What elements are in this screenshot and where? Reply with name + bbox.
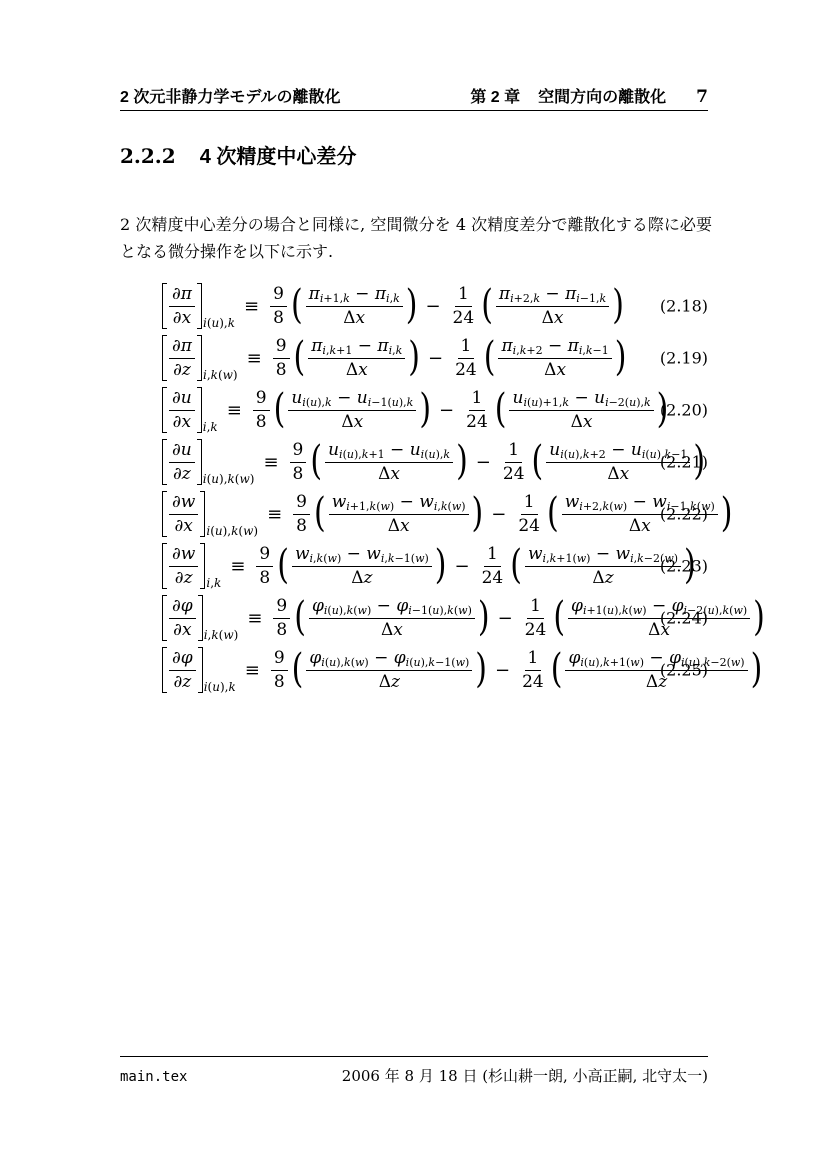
right-paren: ) [612,286,624,327]
fraction-numerator: ∂w [169,492,198,515]
fraction-numerator: ∂w [169,544,198,567]
fraction: 98 [256,544,273,589]
minus-operator: − [476,452,491,473]
fraction-denominator: 24 [450,307,478,328]
fraction-denominator: ∂z [170,671,194,692]
header-rule [120,110,708,111]
minus-operator: − [439,400,454,421]
fraction-denominator: ∂x [170,411,194,432]
equation: ∂u∂zi(u),k(w)≡98(ui(u),k+1 − ui(u),kΔx)−… [120,436,708,488]
right-bracket [200,543,205,589]
fraction-denominator: Δx [539,307,567,328]
fraction-denominator: 24 [515,515,543,536]
fraction: ∂u∂x [169,388,195,433]
page-footer: main.tex 2006 年 8 月 18 日 (杉山耕一朗, 小高正嗣, 北… [120,1065,708,1086]
fraction-numerator: φi(u),k+1(w) − φi(u),k−2(w) [565,648,747,671]
fraction-denominator: Δx [385,515,413,536]
fraction: 124 [450,284,478,329]
right-paren: ) [478,598,490,639]
fraction: ui(u)+1,k − ui−2(u),kΔx [509,388,653,433]
body-paragraph: 2 次精度中心差分の場合と同様に, 空間微分を 4 次精度差分で離散化する際に必… [120,211,712,265]
fraction: ∂π∂x [169,284,195,329]
fraction-numerator: πi,k+2 − πi,k−1 [498,336,611,359]
fraction: 98 [253,388,270,433]
fraction-numerator: πi+1,k − πi,k [306,284,403,307]
fraction-numerator: ∂π [169,336,195,359]
fraction-numerator: ui(u),k − ui−1(u),k [288,388,416,411]
footer-filename: main.tex [120,1069,187,1085]
operator-subscript: i(u),k [203,316,235,330]
operator-subscript: i,k [203,420,218,434]
fraction: 124 [515,492,543,537]
equation-number: (2.25) [660,661,708,680]
fraction-denominator: 8 [290,463,307,484]
fraction-denominator: ∂x [170,619,194,640]
fraction: 98 [273,336,290,381]
equation: ∂φ∂xi,k(w)≡98(φi(u),k(w) − φi−1(u),k(w)Δ… [120,592,708,644]
right-bracket [197,283,202,329]
operator-subscript: i,k(w) [204,628,239,642]
left-paren: ( [551,650,563,691]
left-paren: ( [484,338,496,379]
fraction-denominator: 24 [522,619,550,640]
equiv-symbol: ≡ [244,296,259,317]
fraction-denominator: ∂x [170,307,194,328]
equiv-symbol: ≡ [230,556,245,577]
fraction: 124 [519,648,547,693]
fraction-numerator: 9 [290,440,307,463]
right-paren: ) [435,546,447,587]
right-paren: ) [472,494,484,535]
equation: ∂π∂xi(u),k≡98(πi+1,k − πi,kΔx)−124(πi+2,… [120,280,708,332]
section-title: 4 次精度中心差分 [200,140,357,169]
fraction: 124 [522,596,550,641]
fraction-denominator: Δz [589,567,616,588]
fraction: φi(u),k(w) − φi−1(u),k(w)Δx [309,596,475,641]
left-bracket [162,439,167,485]
fraction-denominator: Δx [343,359,371,380]
page-number: 7 [696,87,708,107]
fraction: ∂φ∂x [169,596,196,641]
equation-body: ∂w∂xi(u),k(w)≡98(wi+1,k(w) − wi,k(w)Δx)−… [120,491,734,537]
fraction: 124 [500,440,528,485]
fraction: ∂w∂z [169,544,198,589]
footer-date-authors: 2006 年 8 月 18 日 (杉山耕一朗, 小高正嗣, 北守太一) [342,1065,708,1086]
running-head-right: 第 2 章 空間方向の離散化 7 [470,84,708,107]
fraction: 124 [479,544,507,589]
minus-operator: − [498,608,513,629]
right-paren: ) [753,598,765,639]
fraction-denominator: Δx [375,463,403,484]
fraction: 98 [293,492,310,537]
left-paren: ( [291,286,303,327]
fraction-denominator: Δx [626,515,654,536]
chapter-title: 空間方向の離散化 [538,84,666,107]
fraction-denominator: ∂x [171,515,195,536]
fraction-denominator: Δz [376,671,403,692]
equation-body: ∂w∂zi,k≡98(wi,k(w) − wi,k−1(w)Δz)−124(wi… [120,543,697,589]
fraction-numerator: 1 [521,492,538,515]
minus-operator: − [491,504,506,525]
equiv-symbol: ≡ [227,400,242,421]
fraction-numerator: 9 [256,544,273,567]
right-paren: ) [475,650,487,691]
fraction: φi(u),k(w) − φi(u),k−1(w)Δz [306,648,472,693]
left-paren: ( [277,546,289,587]
fraction-numerator: 9 [253,388,270,411]
fraction-denominator: Δx [541,359,569,380]
equation: ∂w∂xi(u),k(w)≡98(wi+1,k(w) − wi,k(w)Δx)−… [120,488,708,540]
left-paren: ( [274,390,286,431]
left-bracket [162,387,167,433]
fraction: πi+2,k − πi−1,kΔx [496,284,609,329]
operator-subscript: i,k(w) [203,368,238,382]
left-bracket [162,283,167,329]
left-bracket [162,335,167,381]
fraction: 98 [270,284,287,329]
equation: ∂φ∂zi(u),k≡98(φi(u),k(w) − φi(u),k−1(w)Δ… [120,644,708,696]
fraction-denominator: 8 [273,619,290,640]
fraction: ∂u∂z [169,440,195,485]
right-bracket [197,335,202,381]
right-bracket [197,439,202,485]
left-paren: ( [553,598,565,639]
fraction-denominator: Δz [348,567,375,588]
fraction: 124 [463,388,491,433]
equation-number: (2.20) [660,401,708,420]
fraction-denominator: ∂z [170,463,194,484]
fraction-numerator: wi+1,k(w) − wi,k(w) [329,492,469,515]
equation-body: ∂π∂xi(u),k≡98(πi+1,k − πi,kΔx)−124(πi+2,… [120,283,625,329]
equation-number: (2.23) [660,557,708,576]
equation-number: (2.19) [660,349,708,368]
fraction-numerator: 9 [270,284,287,307]
right-paren: ) [408,338,420,379]
fraction: ∂π∂z [169,336,195,381]
operator-subscript: i(u),k [204,680,236,694]
right-paren: ) [419,390,431,431]
fraction-denominator: 24 [463,411,491,432]
left-paren: ( [495,390,507,431]
fraction-numerator: wi,k(w) − wi,k−1(w) [292,544,432,567]
equation-body: ∂u∂xi,k≡98(ui(u),k − ui−1(u),kΔx)−124(ui… [120,387,669,433]
fraction-denominator: 8 [273,359,290,380]
fraction: 98 [273,596,290,641]
fraction-denominator: ∂z [172,567,196,588]
fraction-numerator: ∂φ [169,648,196,671]
fraction-denominator: 24 [452,359,480,380]
equation: ∂π∂zi,k(w)≡98(πi,k+1 − πi,kΔx)−124(πi,k+… [120,332,708,384]
fraction-numerator: ∂π [169,284,195,307]
left-paren: ( [481,286,493,327]
equation-number: (2.21) [660,453,708,472]
left-paren: ( [314,494,326,535]
left-paren: ( [292,650,304,691]
equation-number: (2.22) [660,505,708,524]
left-paren: ( [547,494,559,535]
left-bracket [162,647,167,693]
fraction-denominator: 24 [500,463,528,484]
fraction-numerator: πi+2,k − πi−1,k [496,284,609,307]
right-paren: ) [751,650,763,691]
equation: ∂w∂zi,k≡98(wi,k(w) − wi,k−1(w)Δz)−124(wi… [120,540,708,592]
fraction-numerator: wi,k+1(w) − wi,k−2(w) [525,544,681,567]
equiv-symbol: ≡ [247,608,262,629]
equiv-symbol: ≡ [267,504,282,525]
left-paren: ( [310,442,322,483]
fraction-denominator: ∂z [170,359,194,380]
fraction-numerator: φi(u),k(w) − φi(u),k−1(w) [306,648,472,671]
fraction-denominator: 8 [256,567,273,588]
left-paren: ( [294,598,306,639]
fraction-numerator: 1 [455,284,472,307]
fraction: πi,k+1 − πi,kΔx [308,336,405,381]
fraction: wi,k+1(w) − wi,k−2(w)Δz [525,544,681,589]
section-heading: 2.2.2 4 次精度中心差分 [120,140,356,169]
fraction: 98 [290,440,307,485]
fraction: πi,k+2 − πi,k−1Δx [498,336,611,381]
fraction-numerator: 1 [525,648,542,671]
operator-subscript: i,k [206,576,221,590]
running-head-left: 2 次元非静力学モデルの離散化 [120,84,341,107]
fraction: ∂w∂x [169,492,198,537]
fraction-numerator: 1 [458,336,475,359]
left-paren: ( [532,442,544,483]
equation: ∂u∂xi,k≡98(ui(u),k − ui−1(u),kΔx)−124(ui… [120,384,708,436]
fraction-denominator: 24 [479,567,507,588]
fraction: ∂φ∂z [169,648,196,693]
fraction-denominator: Δx [378,619,406,640]
fraction-numerator: ∂u [169,388,195,411]
section-number: 2.2.2 [120,144,176,168]
equation-number: (2.24) [660,609,708,628]
fraction-numerator: 9 [271,648,288,671]
right-paren: ) [456,442,468,483]
minus-operator: − [495,660,510,681]
fraction: 98 [271,648,288,693]
document-page: { "page": { "header": { "left": "2 次元非静力… [0,0,826,1169]
fraction-denominator: 24 [519,671,547,692]
fraction-numerator: 9 [273,336,290,359]
equiv-symbol: ≡ [245,660,260,681]
fraction: ui(u),k+1 − ui(u),kΔx [325,440,453,485]
fraction: ui(u),k − ui−1(u),kΔx [288,388,416,433]
fraction-denominator: 8 [293,515,310,536]
minus-operator: − [425,296,440,317]
fraction-denominator: 8 [253,411,270,432]
equation-body: ∂u∂zi(u),k(w)≡98(ui(u),k+1 − ui(u),kΔx)−… [120,439,706,485]
footer-rule [120,1056,708,1057]
fraction-numerator: 1 [469,388,486,411]
right-paren: ) [615,338,627,379]
fraction-numerator: ui(u)+1,k − ui−2(u),k [509,388,653,411]
fraction-numerator: ∂u [169,440,195,463]
right-bracket [197,387,202,433]
right-paren: ) [721,494,733,535]
fraction-denominator: Δx [340,307,368,328]
fraction-denominator: Δx [568,411,596,432]
right-bracket [198,595,203,641]
fraction: φi(u),k+1(w) − φi(u),k−2(w)Δz [565,648,747,693]
minus-operator: − [428,348,443,369]
equiv-symbol: ≡ [263,452,278,473]
fraction-numerator: 9 [293,492,310,515]
fraction-numerator: ui(u),k+1 − ui(u),k [325,440,453,463]
fraction: wi,k(w) − wi,k−1(w)Δz [292,544,432,589]
equation-body: ∂π∂zi,k(w)≡98(πi,k+1 − πi,kΔx)−124(πi,k+… [120,335,627,381]
fraction-denominator: 8 [271,671,288,692]
right-bracket [200,491,205,537]
fraction: 124 [452,336,480,381]
fraction-numerator: φi(u),k(w) − φi−1(u),k(w) [309,596,475,619]
equiv-symbol: ≡ [247,348,262,369]
fraction-numerator: πi,k+1 − πi,k [308,336,405,359]
operator-subscript: i(u),k(w) [203,472,255,486]
fraction: πi+1,k − πi,kΔx [306,284,403,329]
fraction-denominator: Δx [604,463,632,484]
fraction-numerator: ∂φ [169,596,196,619]
right-bracket [198,647,203,693]
left-bracket [162,491,167,537]
left-bracket [162,595,167,641]
minus-operator: − [455,556,470,577]
fraction-numerator: 9 [273,596,290,619]
page-header: 2 次元非静力学モデルの離散化 第 2 章 空間方向の離散化 7 [120,84,708,107]
right-paren: ) [406,286,418,327]
fraction-numerator: 1 [484,544,501,567]
equations: ∂π∂xi(u),k≡98(πi+1,k − πi,kΔx)−124(πi+2,… [120,280,708,696]
left-paren: ( [510,546,522,587]
fraction-numerator: 1 [505,440,522,463]
operator-subscript: i(u),k(w) [206,524,258,538]
left-paren: ( [294,338,306,379]
left-bracket [162,543,167,589]
fraction: wi+1,k(w) − wi,k(w)Δx [329,492,469,537]
chapter-number: 第 2 章 [470,84,520,107]
equation-number: (2.18) [660,297,708,316]
fraction-denominator: Δx [338,411,366,432]
fraction-denominator: 8 [270,307,287,328]
fraction-numerator: 1 [527,596,544,619]
